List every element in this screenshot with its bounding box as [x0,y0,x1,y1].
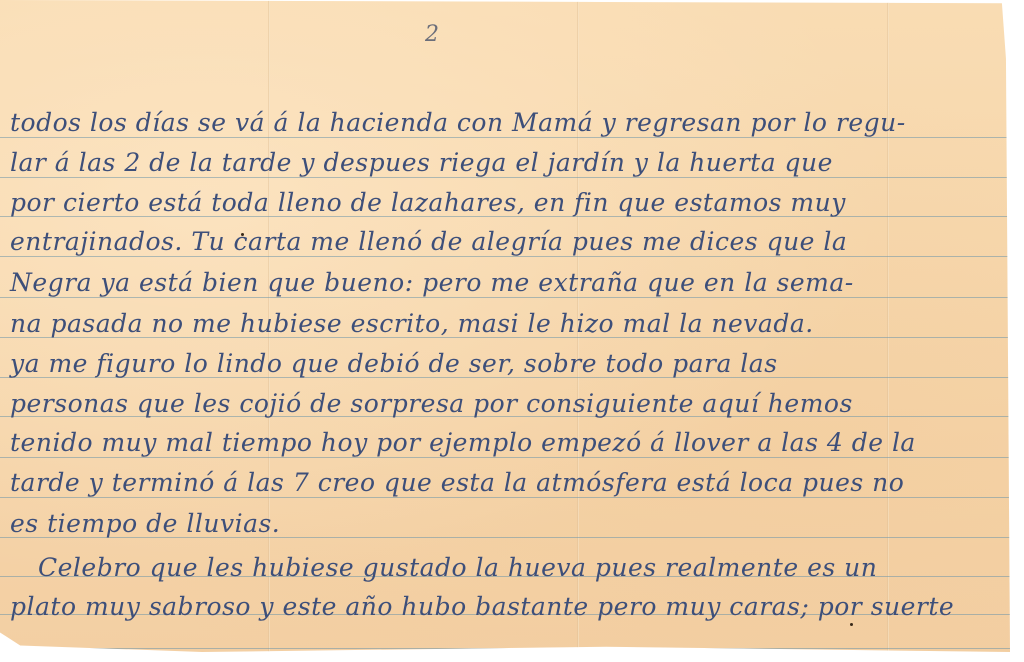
ruled-line [0,457,1010,458]
letter-line: todos los días se vá á la hacienda con M… [10,108,906,137]
letter-line: Negra ya está bien que bueno: pero me ex… [10,268,854,297]
letter-line: personas que les cojió de sorpresa por c… [10,389,853,418]
ink-spot [850,623,853,626]
ink-spot [241,233,244,236]
letter-line: plato muy sabroso y este año hubo bastan… [10,592,954,621]
letter-line-paragraph-start: Celebro que les hubiese gustado la hueva… [38,553,877,582]
page-number: 2 [425,22,439,47]
letter-page: 2 todos los días se vá á la hacienda con… [0,0,1010,652]
letter-line: es tiempo de lluvias. [10,509,280,538]
letter-line: entrajinados. Tu carta me llenó de alegr… [10,227,847,256]
letter-line: ya me figuro lo lindo que debió de ser, … [10,349,778,378]
letter-line: na pasada no me hubiese escrito, masi le… [10,309,814,338]
ruled-line [0,177,1010,178]
ruled-line [0,297,1010,298]
ruled-line [0,497,1010,498]
ruled-line [0,256,1010,257]
ruled-line [0,137,1010,138]
letter-line: tenido muy mal tiempo hoy por ejemplo em… [10,428,916,457]
letter-line: tarde y terminó á las 7 creo que esta la… [10,468,904,497]
letter-line: por cierto está toda lleno de lazahares,… [10,188,846,217]
letter-line: lar á las 2 de la tarde y despues riega … [10,148,833,177]
ruled-line [0,648,1010,649]
fold-crease [887,0,889,652]
